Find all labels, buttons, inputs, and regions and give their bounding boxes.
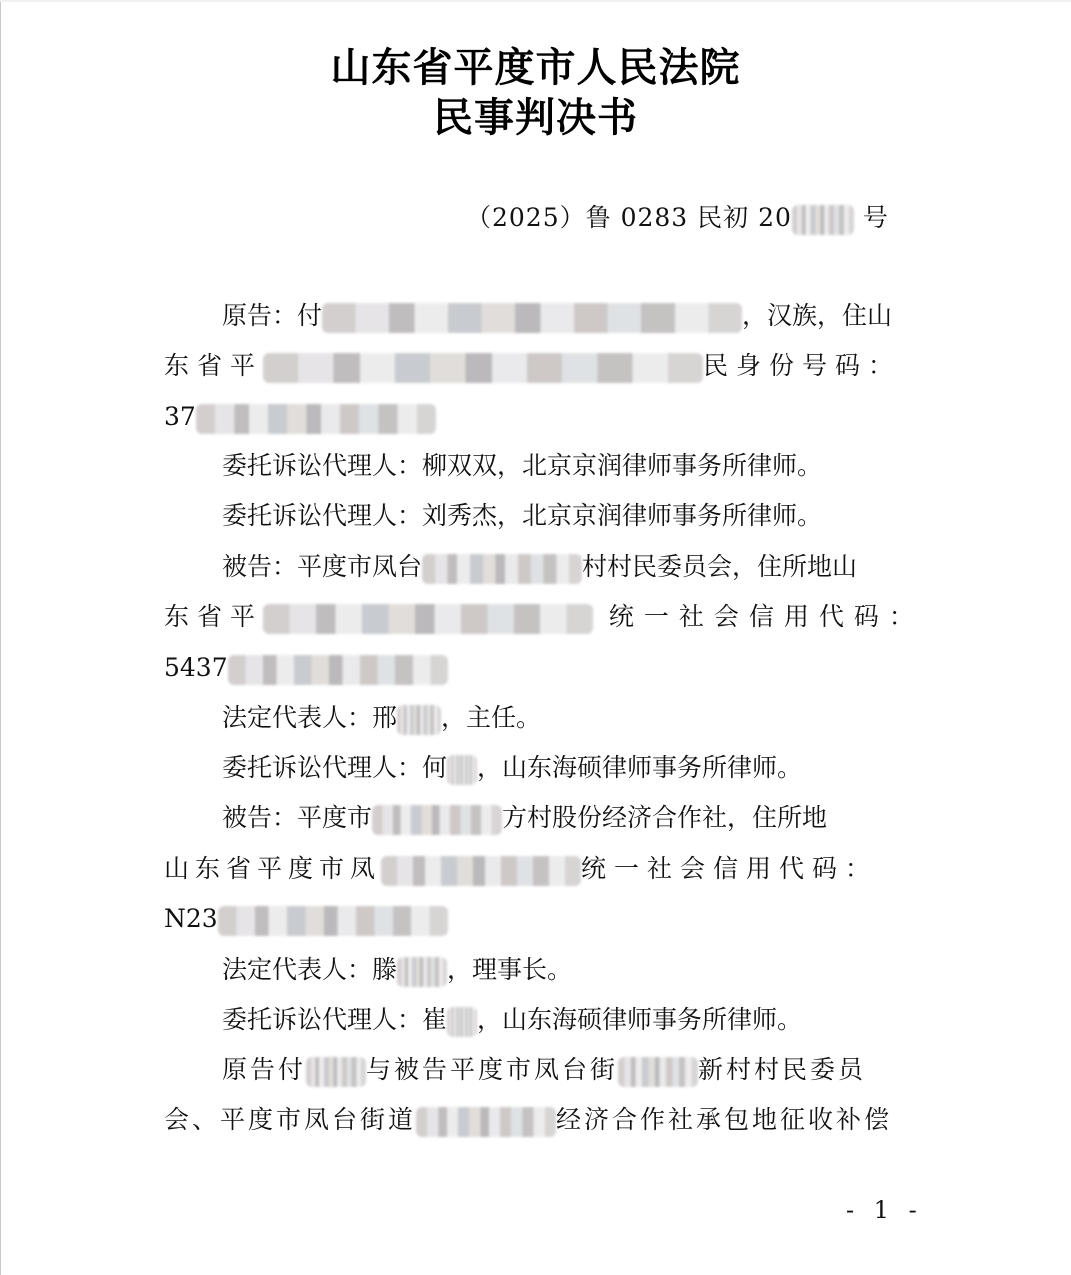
plaintiff-ethnicity: ，汉族，住山 [742,301,892,330]
defendant-1-credit-code-label: 统一社会信用代码： [609,602,924,631]
defendant-2-line-3: N23 [164,899,910,939]
defendant-2-line-1: 被告：平度市方村股份经济合作社，住所地 [222,798,910,838]
defendant-2-representative: 法定代表人：滕，理事长。 [222,950,910,990]
redacted-block [397,705,441,735]
plaintiff-agent-1: 委托诉讼代理人：柳双双，北京京润律师事务所律师。 [222,446,910,486]
redacted-block [372,805,502,835]
redacted-block [422,554,582,584]
case-summary-line-1: 原告付与被告平度市凤台街新村村民委员 [222,1050,910,1090]
representative-title: ，主任。 [441,703,541,732]
representative-title: ，理事长。 [447,955,572,984]
page-left-edge [0,0,1,1275]
case-summary-line-2: 会、平度市凤台街道经济合作社承包地征收补偿 [164,1100,910,1140]
defendant-1-line-2: 东省平 统一社会信用代码： [164,597,910,637]
agent-label: 委托诉讼代理人：崔 [222,1005,447,1034]
defendant-1-agent: 委托诉讼代理人：何，山东海硕律师事务所律师。 [222,748,910,788]
case-number-suffix: 号 [863,203,889,232]
agent-label: 委托诉讼代理人：何 [222,753,447,782]
case-number: （2025）鲁 0283 民初 20 号 [466,198,889,235]
redacted-block [196,404,436,434]
plaintiff-agent-2: 委托诉讼代理人：刘秀杰，北京京润律师事务所律师。 [222,496,910,536]
plaintiff-line-3: 37 [164,397,910,437]
defendant-2-credit-code-label: 统一社会信用代码： [581,854,878,883]
redacted-block [263,353,703,383]
defendant-1-address-start: 东省平 [164,602,263,631]
representative-label: 法定代表人：滕 [222,955,397,984]
summary-defendant-1-end: 新村村民委员 [698,1055,866,1084]
redacted-block [218,906,448,936]
case-number-prefix: （2025）鲁 0283 民初 20 [466,203,792,232]
agent-firm: ，山东海硕律师事务所律师。 [477,753,802,782]
plaintiff-label: 原告：付 [222,301,322,330]
plaintiff-id-label: 民身份号码： [703,351,901,380]
defendant-2-name-end: 方村股份经济合作社，住所地 [502,803,827,832]
redacted-block [447,755,477,785]
defendant-1-representative: 法定代表人：邢，主任。 [222,698,910,738]
redacted-block [447,1007,477,1037]
document-type-heading: 民事判决书 [0,86,1071,143]
defendant-1-label: 被告：平度市凤台 [222,552,422,581]
defendant-1-line-1: 被告：平度市凤台村村民委员会，住所地山 [222,547,910,587]
plaintiff-line-1: 原告：付，汉族，住山 [222,296,910,336]
redacted-block [322,303,742,333]
redacted-block [416,1107,556,1137]
summary-defendant-1: 与被告平度市凤台街 [366,1055,618,1084]
defendant-2-credit-code: N23 [164,904,218,933]
redacted-block [263,604,593,634]
redacted-block [397,957,447,987]
plaintiff-address-start: 东省平 [164,351,263,380]
summary-defendant-2: 会、平度市凤台街道 [164,1105,416,1134]
court-name-heading: 山东省平度市人民法院 [0,36,1071,93]
defendant-1-name-end: 村村民委员会，住所地山 [582,552,857,581]
defendant-1-credit-code: 5437 [164,653,228,682]
defendant-2-address-start: 山东省平度市凤 [164,854,381,883]
defendant-2-line-2: 山东省平度市凤统一社会信用代码： [164,849,910,889]
agent-firm: ，山东海硕律师事务所律师。 [477,1005,802,1034]
redacted-block [381,856,581,886]
summary-plaintiff: 原告付 [222,1055,306,1084]
plaintiff-id-number: 37 [164,402,196,431]
defendant-1-line-3: 5437 [164,648,910,688]
defendant-2-label: 被告：平度市 [222,803,372,832]
defendant-2-agent: 委托诉讼代理人：崔，山东海硕律师事务所律师。 [222,1000,910,1040]
representative-label: 法定代表人：邢 [222,703,397,732]
summary-cause: 经济合作社承包地征收补偿 [556,1105,892,1134]
page-number: - 1 - [846,1196,923,1224]
page-top-edge [0,0,1071,2]
redacted-block [306,1057,366,1087]
redacted-block [792,205,854,235]
redacted-block [228,655,448,685]
plaintiff-line-2: 东省平民身份号码： [164,346,910,386]
redacted-block [618,1057,698,1087]
